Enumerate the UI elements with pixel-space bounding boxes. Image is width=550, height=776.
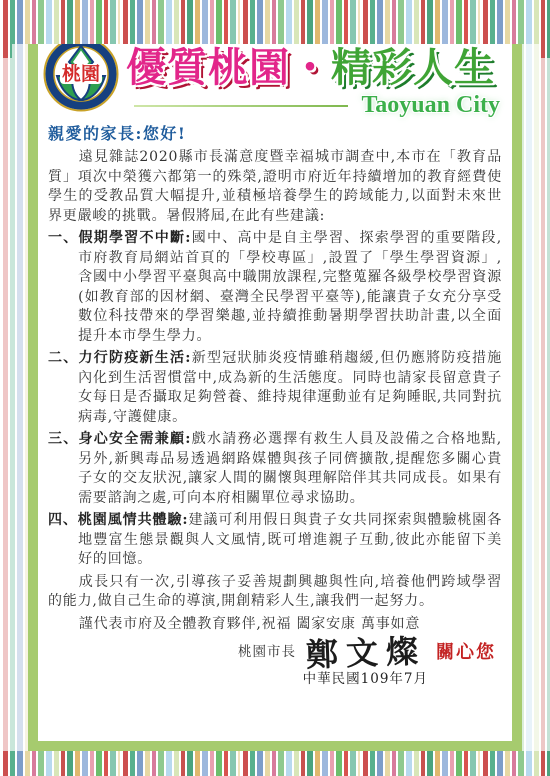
intro-paragraph: 遠見雜誌2020縣市長滿意度暨幸福城市調查中,本市在「教育品質」項次中榮獲六都第… <box>48 148 502 226</box>
list-item-3: 三、身心安全需兼顧:戲水請務必選擇有救生人員及設備之合格地點,另外,新興毒品易透… <box>48 430 502 508</box>
letter-body: 親愛的家長:您好! 遠見雜誌2020縣市長滿意度暨幸福城市調查中,本市在「教育品… <box>48 123 502 690</box>
item-4-label: 桃園風情共體驗: <box>78 512 189 528</box>
greeting: 親愛的家長:您好! <box>48 123 502 145</box>
item-2-number: 二、 <box>48 350 79 366</box>
cares-for-you-stamp: 關心您 <box>436 643 496 663</box>
subtitle-english: Taoyuan City <box>362 92 503 119</box>
page-title: 優質桃園・精彩人生 <box>126 46 502 90</box>
item-3-number: 三、 <box>48 431 79 447</box>
item-3-label: 身心安全需兼顧: <box>79 431 192 447</box>
blessing-line: 謹代表市府及全體教育夥伴,祝福 闔家安康 萬事如意 <box>48 615 502 635</box>
item-1-label: 假期學習不中斷: <box>79 230 192 246</box>
title-dot: ・ <box>290 45 331 91</box>
title-part-green: 精彩人生 <box>331 45 495 91</box>
letter-date: 中華民國109年7月 <box>48 670 502 690</box>
item-1-number: 一、 <box>48 230 79 246</box>
logo-text: 桃園 <box>62 62 100 85</box>
item-4-number: 四、 <box>48 512 78 528</box>
subtitle-row: Taoyuan City <box>134 92 502 119</box>
closing-paragraph: 成長只有一次,引導孩子妥善規劃興趣與性向,培養他們跨域學習的能力,做自己生命的導… <box>48 573 502 612</box>
list-item-4: 四、桃園風情共體驗:建議可利用假日與貴子女共同探索與體驗桃園各地豐富生態景觀與人… <box>48 511 502 570</box>
mayor-signature: 鄭文燦 <box>305 635 426 671</box>
subtitle-divider-line <box>134 105 348 107</box>
item-1-text: 國中、高中是自主學習、探索學習的重要階段,市府教育局網站首頁的「學校專區」,設置… <box>78 230 502 344</box>
title-part-magenta: 優質桃園 <box>126 45 290 91</box>
list-item-2: 二、力行防疫新生活:新型冠狀肺炎疫情雖稍趨緩,但仍應將防疫措施內化到生活習慣當中… <box>48 349 502 427</box>
letter-panel-inner: 桃園 優質桃園・精彩人生 Taoyuan City 親愛的家長:您好! 遠見雜誌… <box>38 46 512 743</box>
letter-page: 桃園 優質桃園・精彩人生 Taoyuan City 親愛的家長:您好! 遠見雜誌… <box>0 0 550 776</box>
signature-row: 桃園市長 鄭文燦 關心您 <box>48 637 502 669</box>
item-2-label: 力行防疫新生活: <box>79 350 192 366</box>
list-item-1: 一、假期學習不中斷:國中、高中是自主學習、探索學習的重要階段,市府教育局網站首頁… <box>48 229 502 346</box>
taoyuan-city-seal-icon: 桃園 <box>43 44 119 112</box>
letter-panel: 桃園 優質桃園・精彩人生 Taoyuan City 親愛的家長:您好! 遠見雜誌… <box>28 44 522 751</box>
mayor-title: 桃園市長 <box>238 643 296 663</box>
